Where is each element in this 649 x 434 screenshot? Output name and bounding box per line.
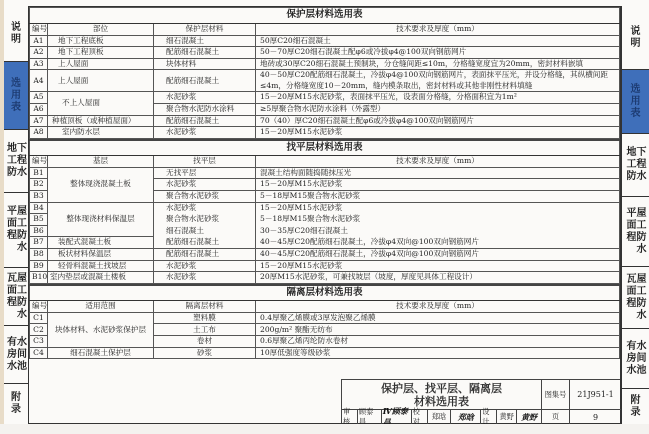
table-header: 编号 基层 找平层 技术要求及厚度（mm） [30, 156, 620, 168]
atlas-number-value: 21J951-1 [570, 380, 621, 410]
reviewer-name: 顾泰昌 [358, 410, 382, 424]
tab-flat-roof-waterproofing[interactable]: 平屋面工程防水 [4, 193, 28, 268]
tab-notes[interactable]: 说明 [622, 6, 649, 70]
tab-tile-roof-waterproofing[interactable]: 瓦屋面工程防水 [4, 268, 28, 326]
reviewer-label: 审核 [342, 410, 358, 424]
page-number: 9 [570, 410, 621, 424]
reviewer-signature: Ⅳ顾泰昌 [382, 410, 412, 424]
table-title: 保护层材料选用表 [30, 8, 620, 24]
tab-wet-rooms-pools[interactable]: 有水房间水池 [622, 329, 649, 389]
table-row: A4上人屋面配筋细石混凝土40－50厚C20配筋细石混凝土，冷拔φ4@100双向… [30, 70, 620, 92]
tab-selection-tables[interactable]: 选用表 [622, 70, 649, 134]
table-row: B9轻骨料混凝土找坡层水泥砂浆15－20厚M15水泥砂浆 [30, 260, 620, 272]
table-row: B8板状材料保温层配筋细石混凝土40－45厚C20配筋细石混凝土，冷拔φ4双向@… [30, 249, 620, 261]
tab-flat-roof-waterproofing[interactable]: 平屋面工程防水 [622, 197, 649, 267]
page-bottom-margin [0, 424, 649, 434]
table-header: 编号 适用范围 隔离层材料 技术要求及厚度（mm） [30, 301, 620, 313]
tab-underground-waterproofing[interactable]: 地下工程防水 [4, 130, 28, 193]
tab-underground-waterproofing[interactable]: 地下工程防水 [622, 134, 649, 197]
drawing-title: 保护层、找平层、隔离层 材料选用表 [342, 380, 542, 410]
checker-label: 校对 [412, 410, 428, 424]
table-title: 找平层材料选用表 [30, 140, 620, 156]
table-row: B1整体现浇混凝土板无找平层混凝土结构面随捣随抹压光 [30, 167, 620, 179]
table-row: B4整体现浇材料保温层水泥砂浆15－20厚M15水泥砂浆 [30, 202, 620, 214]
table-header: 编号 部位 保护层材料 技术要求及厚度（mm） [30, 24, 620, 36]
table-row: A2地下工程顶板配筋细石混凝土50－70厚C20细石混凝土配φ6或冷拔φ4@10… [30, 47, 620, 59]
right-section-tabs: 说明 选用表 地下工程防水 平屋面工程防水 瓦屋面工程防水 有水房间水池 附录 [621, 6, 649, 424]
atlas-number-label: 图集号 [542, 380, 570, 410]
table-row: A5不上人屋面水泥砂浆15－20厚M15水泥砂浆，表面抹平压光，设表面分格缝，分… [30, 92, 620, 104]
table-row: A8室内防水层水泥砂浆15－20厚M15水泥砂浆 [30, 127, 620, 139]
isolation-layer-table: 隔离层材料选用表 编号 适用范围 隔离层材料 技术要求及厚度（mm） C1块体材… [29, 284, 620, 359]
table-row: B10室内垫层或混凝土楼板水泥砂浆20厚M15水泥砂浆，可兼找坡层（坡度，厚度见… [30, 272, 620, 284]
table-row: A1地下工程底板细石混凝土50厚C20细石混凝土 [30, 35, 620, 47]
table-row: C4细石混凝土保护层砂浆10厚低强度等级砂浆 [30, 347, 620, 359]
tab-appendix[interactable]: 附录 [622, 389, 649, 424]
drawing-sheet: 说明 选用表 地下工程防水 平屋面工程防水 瓦屋面工程防水 有水房间水池 附录 … [0, 0, 649, 434]
table-row: B7装配式混凝土板配筋细石混凝土40－45厚C20配筋细石混凝土，冷拔φ4双向@… [30, 237, 620, 249]
tab-tile-roof-waterproofing[interactable]: 瓦屋面工程防水 [622, 267, 649, 329]
title-block: 保护层、找平层、隔离层 材料选用表 图集号 21J951-1 审核 顾泰昌 Ⅳ顾… [341, 379, 620, 423]
tables-frame: 保护层材料选用表 编号 部位 保护层材料 技术要求及厚度（mm） A1地下工程底… [28, 6, 621, 424]
leveling-layer-table: 找平层材料选用表 编号 基层 找平层 技术要求及厚度（mm） B1整体现浇混凝土… [29, 139, 620, 284]
signature-row: 审核 顾泰昌 Ⅳ顾泰昌 校对 郑晗 郑晗 设计 黄野 黄野 [342, 410, 542, 424]
table-row: C1块体材料、水泥砂浆保护层塑料膜0.4厚聚乙烯膜或3厚发泡聚乙烯膜 [30, 312, 620, 324]
tab-wet-rooms-pools[interactable]: 有水房间水池 [4, 326, 28, 384]
checker-name: 郑晗 [428, 410, 452, 424]
checker-signature: 郑晗 [451, 410, 481, 424]
page-label: 页 [542, 410, 570, 424]
left-section-tabs: 说明 选用表 地下工程防水 平屋面工程防水 瓦屋面工程防水 有水房间水池 附录 [4, 6, 28, 424]
tab-appendix[interactable]: 附录 [4, 384, 28, 424]
designer-signature: 黄野 [517, 410, 541, 424]
tab-notes[interactable]: 说明 [4, 6, 28, 62]
table-row: A7种植顶板（或种植屋面）配筋细石混凝土70（40）厚C20细石混凝土配φ6或冷… [30, 115, 620, 127]
protection-layer-table: 保护层材料选用表 编号 部位 保护层材料 技术要求及厚度（mm） A1地下工程底… [29, 7, 620, 139]
table-title: 隔离层材料选用表 [30, 285, 620, 301]
designer-name: 黄野 [497, 410, 517, 424]
designer-label: 设计 [481, 410, 497, 424]
table-row: A3上人屋面块体材料地砖或30厚C20细石混凝土预制块，分仓缝间距≤10m，分格… [30, 58, 620, 70]
tab-selection-tables[interactable]: 选用表 [4, 62, 28, 130]
